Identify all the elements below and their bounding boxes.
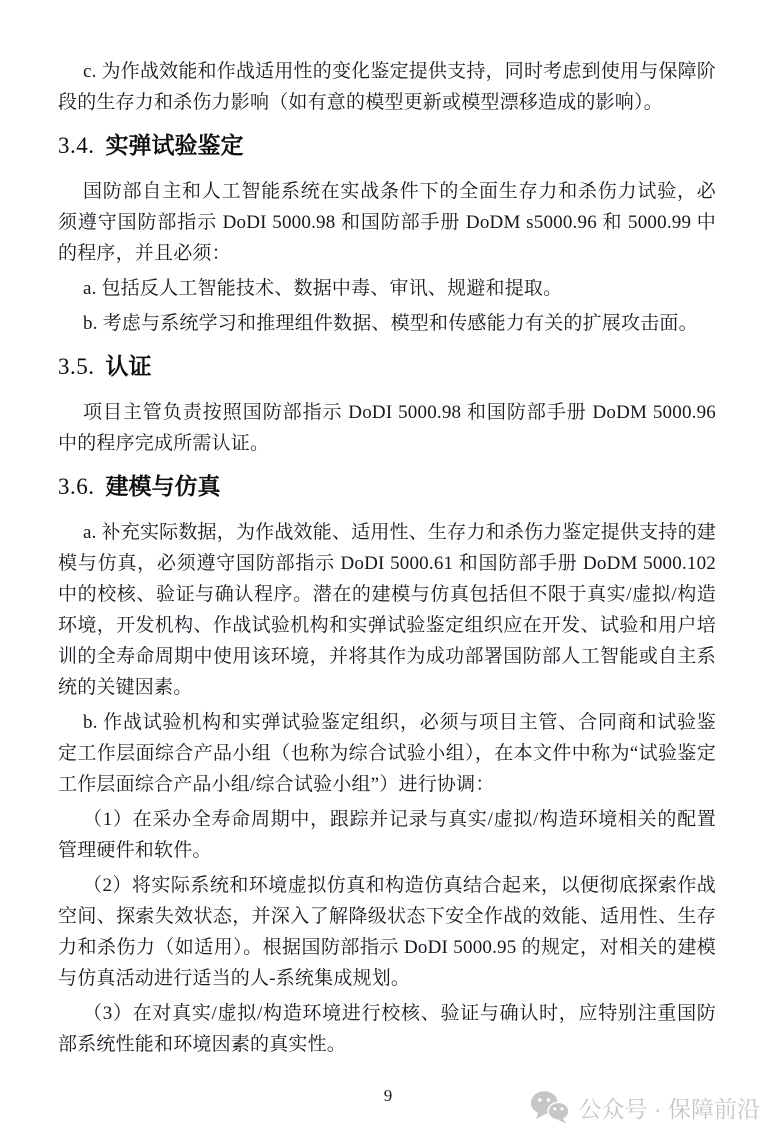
document-content: c. 为作战效能和作战适用性的变化鉴定提供支持，同时考虑到使用与保障阶段的生存力… bbox=[58, 56, 716, 1060]
section-title: 实弹试验鉴定 bbox=[106, 132, 244, 158]
body-paragraph: a. 补充实际数据，为作战效能、适用性、生存力和杀伤力鉴定提供支持的建模与仿真，… bbox=[58, 517, 716, 703]
section-heading: 3.6.建模与仿真 bbox=[58, 472, 716, 501]
body-paragraph: 项目主管负责按照国防部指示 DoDI 5000.98 和国防部手册 DoDM 5… bbox=[58, 397, 716, 459]
section-heading: 3.4.实弹试验鉴定 bbox=[58, 131, 716, 160]
body-paragraph: b. 考虑与系统学习和推理组件数据、模型和传感能力有关的扩展攻击面。 bbox=[58, 308, 716, 339]
body-paragraph: （3）在对真实/虚拟/构造环境进行校核、验证与确认时，应特别注重国防部系统性能和… bbox=[58, 998, 716, 1060]
section-title: 建模与仿真 bbox=[106, 473, 221, 499]
body-paragraph: a. 包括反人工智能技术、数据中毒、审讯、规避和提取。 bbox=[58, 273, 716, 304]
document-page: c. 为作战效能和作战适用性的变化鉴定提供支持，同时考虑到使用与保障阶段的生存力… bbox=[0, 0, 776, 1140]
body-paragraph: 国防部自主和人工智能系统在实战条件下的全面生存力和杀伤力试验，必须遵守国防部指示… bbox=[58, 176, 716, 269]
body-paragraph: c. 为作战效能和作战适用性的变化鉴定提供支持，同时考虑到使用与保障阶段的生存力… bbox=[58, 56, 716, 118]
section-title: 认证 bbox=[106, 353, 152, 379]
body-paragraph: （2）将实际系统和环境虚拟仿真和构造仿真结合起来，以便彻底探索作战空间、探索失效… bbox=[58, 870, 716, 994]
section-number: 3.6. bbox=[58, 474, 95, 499]
watermark-text: 公众号 · 保障前沿 bbox=[579, 1091, 760, 1124]
section-heading: 3.5.认证 bbox=[58, 352, 716, 381]
body-paragraph: b. 作战试验机构和实弹试验鉴定组织，必须与项目主管、合同商和试验鉴定工作层面综… bbox=[58, 707, 716, 800]
body-paragraph: （1）在采办全寿命周期中，跟踪并记录与真实/虚拟/构造环境相关的配置管理硬件和软… bbox=[58, 804, 716, 866]
wechat-icon bbox=[530, 1090, 570, 1124]
watermark: 公众号 · 保障前沿 bbox=[530, 1090, 760, 1124]
section-number: 3.4. bbox=[58, 133, 95, 158]
section-number: 3.5. bbox=[58, 354, 95, 379]
